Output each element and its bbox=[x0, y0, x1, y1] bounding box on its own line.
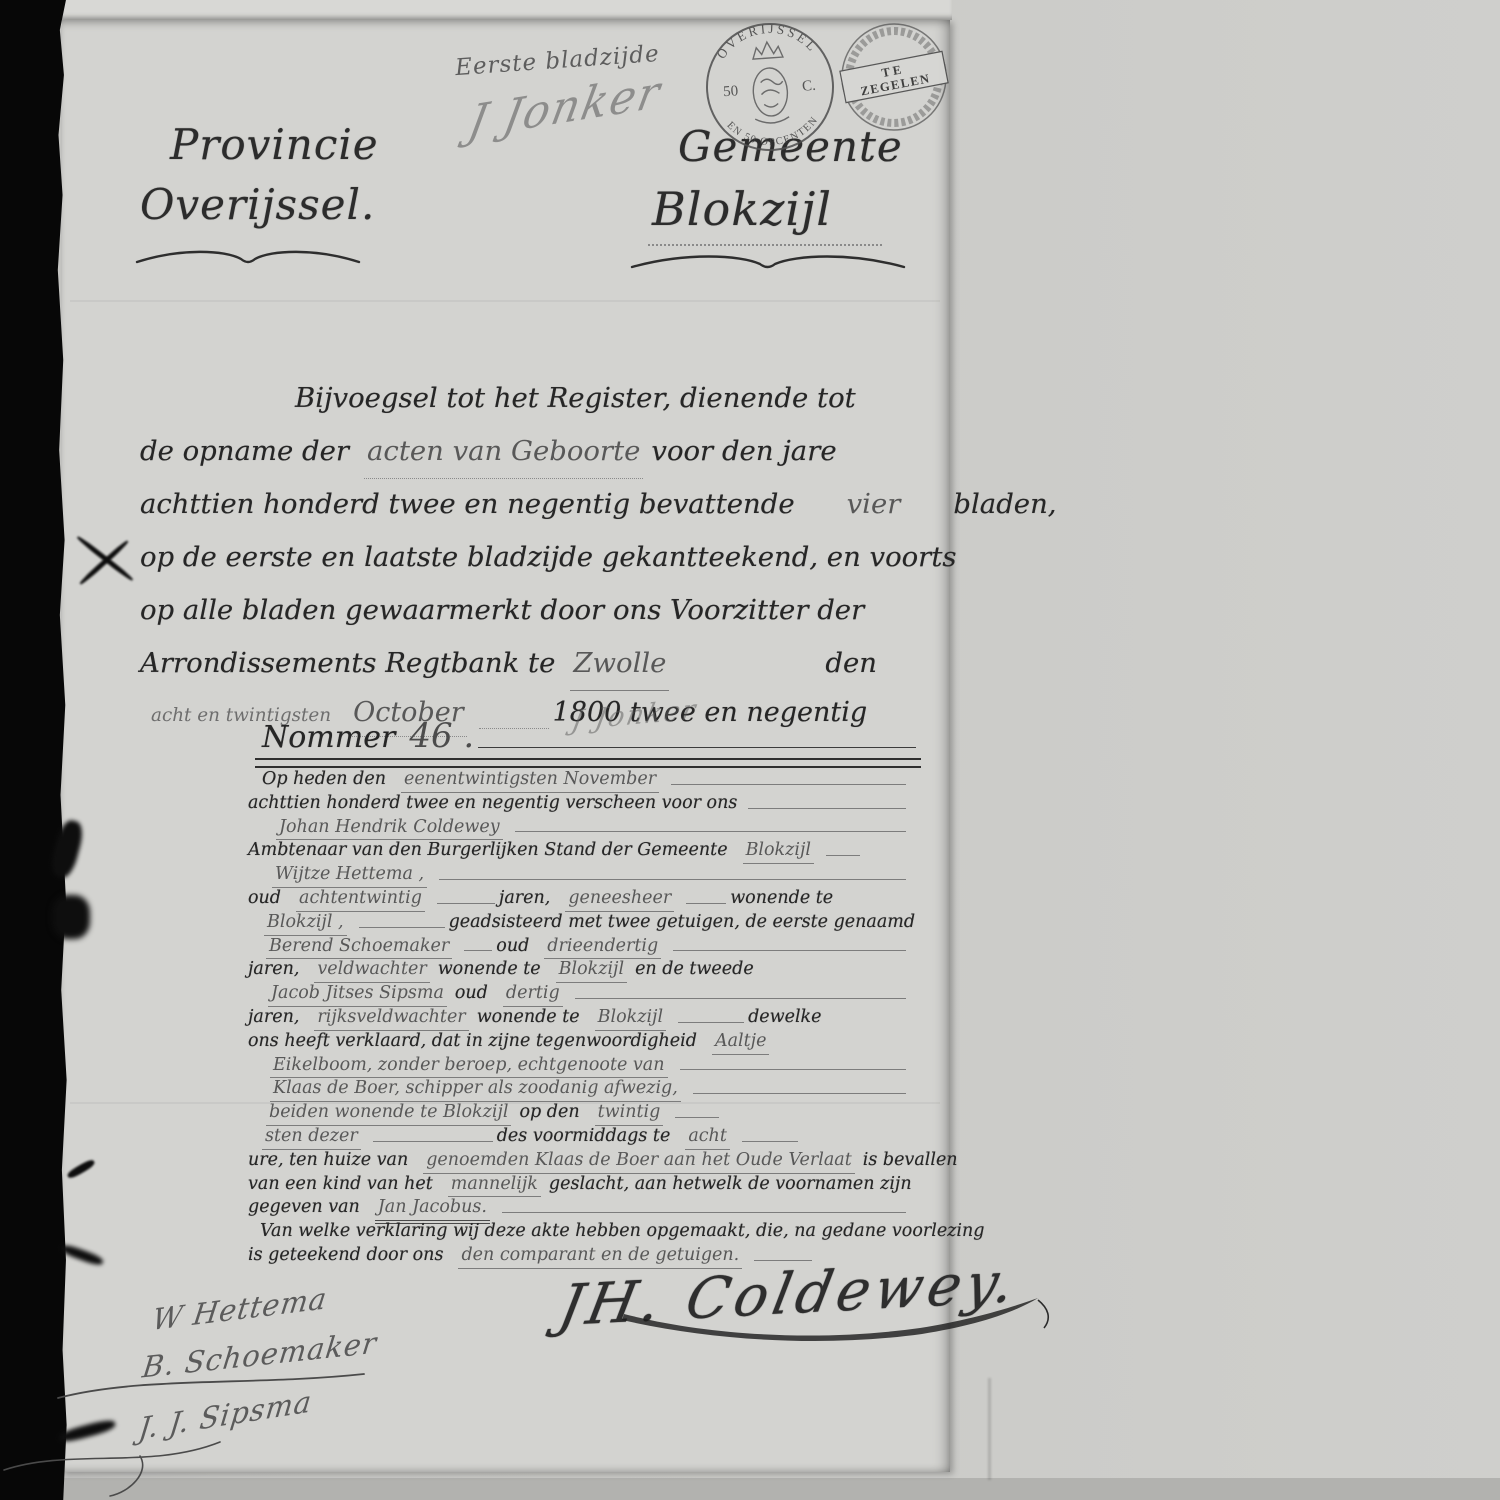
signature-flourish bbox=[0, 1412, 250, 1500]
text-line: oudachtentwintigjaren,geneesheerwonende … bbox=[248, 887, 910, 911]
province-value: Overijssel. bbox=[140, 180, 375, 229]
rule-filler bbox=[806, 523, 832, 524]
rule-filler bbox=[373, 1140, 493, 1142]
handwritten-text: dertig bbox=[503, 982, 563, 1007]
handwritten-text: den comparant en de getuigen. bbox=[458, 1244, 742, 1269]
rule-filler bbox=[675, 1116, 719, 1118]
text-line: Berend Schoemakerouddrieendertig bbox=[248, 935, 910, 959]
text-line: sten dezerdes voormiddags teacht bbox=[248, 1125, 910, 1149]
printed-text: Ambtenaar van den Burgerlijken Stand der… bbox=[248, 839, 728, 863]
handwritten-text: beiden wonende te Blokzijl bbox=[266, 1101, 511, 1126]
municipality-underline bbox=[648, 243, 882, 246]
printed-text: ure, ten huize van bbox=[248, 1149, 408, 1173]
printed-text: is bevallen bbox=[863, 1149, 958, 1173]
printed-text: voor den jare bbox=[651, 425, 836, 478]
rule-filler bbox=[502, 1211, 906, 1213]
handwritten-text: Wijtze Hettema , bbox=[272, 863, 427, 888]
printed-text: des voormiddags te bbox=[497, 1125, 671, 1149]
printed-text: wonende te bbox=[477, 1006, 580, 1030]
text-line: jaren,rijksveldwachterwonende teBlokzijl… bbox=[248, 1006, 910, 1030]
printed-text: is geteekend door ons bbox=[248, 1244, 443, 1268]
rule-filler bbox=[680, 1068, 907, 1070]
rule-filler bbox=[742, 1140, 798, 1142]
ink-smudge bbox=[52, 895, 90, 939]
text-line: Van welke verklaring wij deze akte hebbe… bbox=[248, 1220, 910, 1244]
text-line: jaren,veldwachterwonende teBlokzijlen de… bbox=[248, 958, 910, 982]
rule-filler bbox=[693, 1092, 906, 1094]
handwritten-text: twintig bbox=[595, 1101, 664, 1126]
text-line: Eikelboom, zonder beroep, echtgenoote va… bbox=[248, 1054, 910, 1078]
printed-text: geadsisteerd met twee getuigen, de eerst… bbox=[449, 911, 916, 935]
rule-filler bbox=[673, 949, 906, 951]
printed-text: Bijvoegsel tot het Register, dienende to… bbox=[295, 372, 856, 425]
act-number-row: Nommer 46 . bbox=[262, 716, 920, 756]
text-line: ons heeft verklaard, dat in zijne tegenw… bbox=[248, 1030, 910, 1054]
birth-act-text: Op heden deneenentwintigsten Novemberach… bbox=[248, 768, 910, 1268]
text-line: Jacob Jitses Sipsmaouddertig bbox=[248, 982, 910, 1006]
handwritten-text: Berend Schoemaker bbox=[266, 935, 452, 960]
handwritten-text: mannelijk bbox=[448, 1173, 541, 1198]
handwritten-text: Eikelboom, zonder beroep, echtgenoote va… bbox=[270, 1054, 668, 1079]
printed-text: Arrondissements Regtbank te bbox=[140, 637, 555, 690]
printed-text: en de tweede bbox=[635, 958, 754, 982]
text-line: Bijvoegsel tot het Register, dienende to… bbox=[140, 372, 912, 425]
rule-filler bbox=[359, 926, 445, 928]
handwritten-text: Zwolle bbox=[570, 637, 669, 691]
rule-filler bbox=[515, 830, 906, 832]
te-zegelen-stamp: TE ZEGELEN bbox=[833, 15, 955, 138]
printed-text: op alle bladen gewaarmerkt door ons Voor… bbox=[140, 584, 864, 637]
text-line: achttien honderd twee en negentig bevatt… bbox=[140, 478, 912, 531]
printed-text: gegeven van bbox=[248, 1196, 360, 1220]
printed-text: oud bbox=[496, 935, 529, 959]
text-line: Klaas de Boer, schipper als zoodanig afw… bbox=[248, 1077, 910, 1101]
printed-text: geslacht, aan hetwelk de voornamen zijn bbox=[549, 1173, 912, 1197]
rule-filler bbox=[671, 783, 906, 785]
paper-crease bbox=[70, 300, 940, 302]
printed-text: wonende te bbox=[730, 887, 833, 911]
printed-text: Van welke verklaring wij deze akte hebbe… bbox=[260, 1220, 985, 1244]
handwritten-text: acten van Geboorte bbox=[364, 425, 643, 479]
printed-text: op den bbox=[519, 1101, 579, 1125]
printed-text: jaren, bbox=[248, 1006, 299, 1030]
printed-text: oud bbox=[248, 887, 281, 911]
text-line: Johan Hendrik Coldewey bbox=[248, 816, 910, 840]
printed-text: Op heden den bbox=[262, 768, 386, 792]
flourish-left bbox=[133, 246, 363, 272]
text-line: Wijtze Hettema , bbox=[248, 863, 910, 887]
printed-text: achttien honderd twee en negentig versch… bbox=[248, 792, 737, 816]
printed-text: jaren, bbox=[499, 887, 550, 911]
book-binding bbox=[0, 0, 68, 1500]
act-number-rule bbox=[478, 747, 916, 748]
printed-text: bladen, bbox=[953, 478, 1056, 531]
text-line: ure, ten huize vangenoemden Klaas de Boe… bbox=[248, 1149, 910, 1173]
rule-filler bbox=[678, 1021, 744, 1023]
text-line: de opname deracten van Geboortevoor den … bbox=[140, 425, 912, 478]
svg-text:EN 50 OPCENTEN: EN 50 OPCENTEN bbox=[724, 114, 822, 152]
rule-filler bbox=[464, 949, 492, 951]
act-number-value: 46 . bbox=[409, 716, 474, 756]
text-line: op alle bladen gewaarmerkt door ons Voor… bbox=[140, 584, 912, 637]
text-line: gegeven vanJan Jacobus. bbox=[248, 1196, 910, 1220]
handwritten-text: drieendertig bbox=[544, 935, 661, 960]
text-line: Blokzijl ,geadsisteerd met twee getuigen… bbox=[248, 911, 910, 935]
printed-text: wonende te bbox=[438, 958, 541, 982]
svg-text:OVERIJSSEL: OVERIJSSEL bbox=[711, 17, 822, 62]
handwritten-text: geneesheer bbox=[565, 887, 674, 912]
svg-text:C.: C. bbox=[802, 78, 817, 95]
printed-text: ons heeft verklaard, dat in zijne tegenw… bbox=[248, 1030, 697, 1054]
handwritten-text: eenentwintigsten November bbox=[401, 768, 659, 793]
printed-text: jaren, bbox=[248, 958, 299, 982]
text-line: Arrondissements Regtbank teZwolleden bbox=[140, 637, 912, 690]
underlying-page-edge bbox=[988, 1378, 991, 1480]
handwritten-text: Johan Hendrik Coldewey bbox=[276, 816, 503, 841]
handwritten-text: genoemden Klaas de Boer aan het Oude Ver… bbox=[423, 1149, 855, 1174]
text-line: beiden wonende te Blokzijlop dentwintig bbox=[248, 1101, 910, 1125]
rule-filler bbox=[437, 902, 495, 904]
rule-filler bbox=[888, 682, 908, 683]
handwritten-text: veldwachter bbox=[314, 958, 429, 983]
text-line: achttien honderd twee en negentig versch… bbox=[248, 792, 910, 816]
handwritten-text: rijksveldwachter bbox=[314, 1006, 468, 1031]
rule-filler bbox=[686, 902, 726, 904]
rule-filler bbox=[748, 807, 906, 809]
act-number-label: Nommer bbox=[262, 720, 395, 755]
province-label: Provincie bbox=[170, 120, 379, 169]
svg-text:50: 50 bbox=[723, 83, 739, 100]
registrar-signature-swash bbox=[620, 1296, 1050, 1348]
handwritten-text: acht bbox=[685, 1125, 730, 1150]
municipality-value: Blokzijl bbox=[652, 182, 832, 236]
rule-filler bbox=[826, 854, 860, 856]
printed-text: op de eerste en laatste bladzijde gekant… bbox=[140, 531, 957, 584]
rule-filler bbox=[681, 682, 821, 683]
text-line: van een kind van hetmannelijkgeslacht, a… bbox=[248, 1173, 910, 1197]
rule-filler bbox=[915, 523, 949, 524]
text-line: op de eerste en laatste bladzijde gekant… bbox=[140, 531, 912, 584]
printed-text: den bbox=[825, 637, 877, 690]
text-line: Ambtenaar van den Burgerlijken Stand der… bbox=[248, 839, 910, 863]
section-divider bbox=[255, 758, 921, 768]
handwritten-text: vier bbox=[844, 478, 904, 531]
coat-of-arms-icon bbox=[750, 41, 790, 124]
printed-text: de opname der bbox=[140, 425, 349, 478]
handwritten-text: Blokzijl bbox=[595, 1006, 666, 1031]
handwritten-text: Blokzijl , bbox=[264, 911, 347, 936]
handwritten-text: sten dezer bbox=[262, 1125, 361, 1150]
handwritten-text: Klaas de Boer, schipper als zoodanig afw… bbox=[270, 1077, 681, 1102]
handwritten-text: Aaltje bbox=[712, 1030, 769, 1055]
rule-filler bbox=[575, 997, 906, 999]
handwritten-text: Jacob Jitses Sipsma bbox=[268, 982, 447, 1007]
printed-text: oud bbox=[455, 982, 488, 1006]
printed-text: achttien honderd twee en negentig bevatt… bbox=[140, 478, 795, 531]
flourish-right bbox=[628, 250, 908, 278]
rule-filler bbox=[439, 878, 906, 880]
printed-text: van een kind van het bbox=[248, 1173, 433, 1197]
printed-text: dewelke bbox=[748, 1006, 821, 1030]
handwritten-text: Blokzijl bbox=[556, 958, 627, 983]
revenue-stamp-50c: OVERIJSSEL EN 50 OPCENTEN 50 C. bbox=[698, 15, 841, 158]
register-preamble: Bijvoegsel tot het Register, dienende to… bbox=[140, 372, 912, 690]
handwritten-text: Blokzijl bbox=[743, 839, 814, 864]
text-line: Op heden deneenentwintigsten November bbox=[248, 768, 910, 792]
handwritten-text: achtentwintig bbox=[296, 887, 425, 912]
